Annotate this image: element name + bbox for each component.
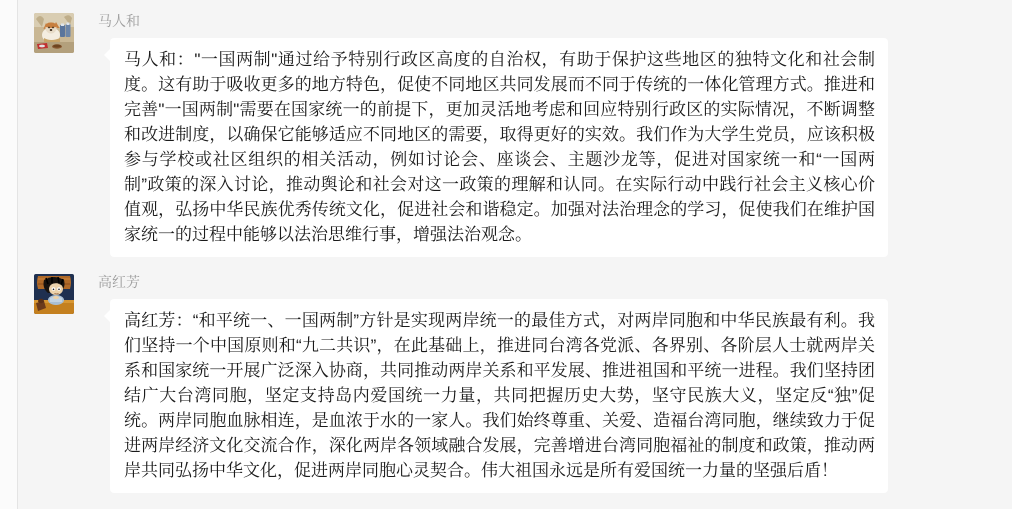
sender-name: 高红芳 (98, 274, 888, 290)
avatar-cartoon-photo[interactable] (34, 274, 74, 314)
message-group-1: 马人和 马人和："一国两制"通过给予特别行政区高度的自治权，有助于保护这些地区的… (34, 13, 1012, 257)
avatar-corgi-photo[interactable] (34, 13, 74, 53)
left-rail (0, 0, 18, 509)
message-text: 高红芳：“和平统一、一国两制”方针是实现两岸统一的最佳方式，对两岸同胞和中华民族… (124, 308, 875, 483)
bubble-tail (104, 49, 110, 61)
message-text: 马人和："一国两制"通过给予特别行政区高度的自治权，有助于保护这些地区的独特文化… (124, 47, 875, 247)
message-bubble[interactable]: 高红芳：“和平统一、一国两制”方针是实现两岸统一的最佳方式，对两岸同胞和中华民族… (110, 299, 888, 493)
corgi-dog-icon (34, 13, 74, 53)
bubble-tail (104, 310, 110, 322)
message-list[interactable]: 马人和 马人和："一国两制"通过给予特别行政区高度的自治权，有助于保护这些地区的… (19, 0, 1012, 509)
message-group-2: 高红芳 高红芳：“和平统一、一国两制”方针是实现两岸统一的最佳方式，对两岸同胞和… (34, 274, 1012, 493)
cartoon-child-icon (34, 274, 74, 314)
sender-name: 马人和 (98, 13, 888, 29)
message-bubble[interactable]: 马人和："一国两制"通过给予特别行政区高度的自治权，有助于保护这些地区的独特文化… (110, 38, 888, 257)
